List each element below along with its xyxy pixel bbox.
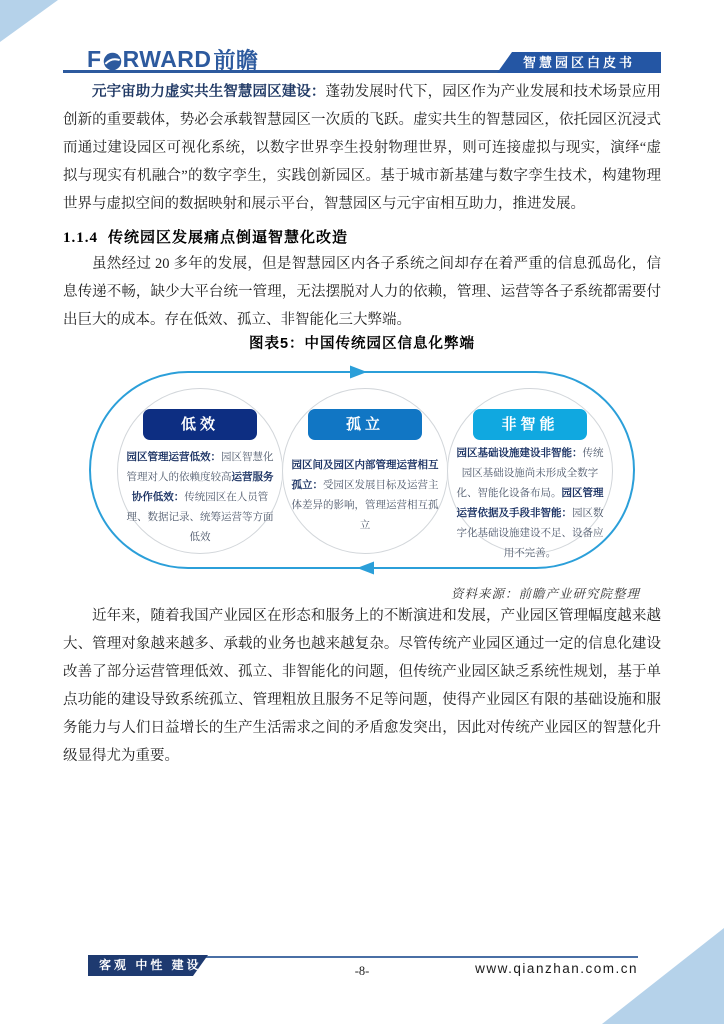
paragraph-body-text: 蓬勃发展时代下，园区作为产业发展和技术场景应用创新的重要载体，势必会承载智慧园区… — [63, 84, 661, 212]
cycle-arrow-left-icon — [357, 562, 374, 575]
circle-nonsmart-text: 园区基础设施建设非智能：传统园区基础设施尚未形成全数字化、智能化设备布局。园区管… — [452, 443, 608, 563]
paragraph-lead-bold: 元宇宙助力虚实共生智慧园区建设： — [92, 84, 325, 100]
footer-slogan-badge: 客观 中性 建设性 — [88, 955, 208, 976]
section-number: 1.1.4 — [63, 230, 98, 246]
pill-label-nonsmart: 非智能 — [473, 409, 587, 440]
circle-nonsmart: 非智能 园区基础设施建设非智能：传统园区基础设施尚未形成全数字化、智能化设备布局… — [447, 388, 613, 554]
figure-title: 图表5：中国传统园区信息化弊端 — [63, 332, 661, 353]
header-divider — [63, 70, 499, 73]
text-segment: 园区基础设施建设非智能： — [457, 447, 583, 459]
section-heading: 1.1.4传统园区发展痛点倒逼智慧化改造 — [63, 226, 661, 247]
logo-letter-f: F — [87, 46, 102, 73]
paragraph-recent-years: 近年来，随着我国产业园区在形态和服务上的不断演进和发展，产业园区管理幅度越来越大… — [63, 602, 661, 770]
forward-qianzhan-logo: FRWARD前瞻 — [87, 46, 259, 72]
logo-letters-rward: RWARD — [123, 46, 212, 73]
figure-source: 资料来源：前瞻产业研究院整理 — [451, 584, 640, 602]
diagram-traditional-park-drawbacks: 低效 园区管理运营低效：园区智慧化管理对人的依赖度较高运营服务协作低效：传统园区… — [82, 360, 642, 580]
globe-icon — [103, 50, 122, 69]
whitepaper-title-badge: 智慧园区白皮书 — [497, 52, 661, 73]
pill-label-isolated: 孤立 — [308, 409, 422, 440]
circle-isolated: 孤立 园区间及园区内部管理运营相互孤立：受园区发展目标及运营主体差异的影响，管理… — [282, 388, 448, 554]
corner-decoration-top-left — [0, 0, 58, 42]
circle-inefficient: 低效 园区管理运营低效：园区智慧化管理对人的依赖度较高运营服务协作低效：传统园区… — [117, 388, 283, 554]
circle-inefficient-text: 园区管理运营低效：园区智慧化管理对人的依赖度较高运营服务协作低效：传统园区在人员… — [126, 447, 274, 547]
section-title: 传统园区发展痛点倒逼智慧化改造 — [108, 229, 348, 246]
website-url: www.qianzhan.com.cn — [475, 961, 638, 976]
whitepaper-page: FRWARD前瞻 智慧园区白皮书 元宇宙助力虚实共生智慧园区建设：蓬勃发展时代下… — [0, 0, 724, 1024]
page-number: -8- — [262, 964, 462, 979]
paragraph-pain-points: 虽然经过 20 多年的发展，但是智慧园区内各子系统之间却存在着严重的信息孤岛化，… — [63, 250, 661, 334]
cycle-arrow-right-icon — [350, 366, 367, 379]
corner-decoration-bottom-right — [602, 928, 724, 1024]
circle-isolated-text: 园区间及园区内部管理运营相互孤立：受园区发展目标及运营主体差异的影响，管理运营相… — [291, 455, 439, 535]
text-segment: 园区管理运营低效： — [127, 451, 222, 463]
pill-label-inefficient: 低效 — [143, 409, 257, 440]
paragraph-metaverse: 元宇宙助力虚实共生智慧园区建设：蓬勃发展时代下，园区作为产业发展和技术场景应用创… — [63, 78, 661, 218]
